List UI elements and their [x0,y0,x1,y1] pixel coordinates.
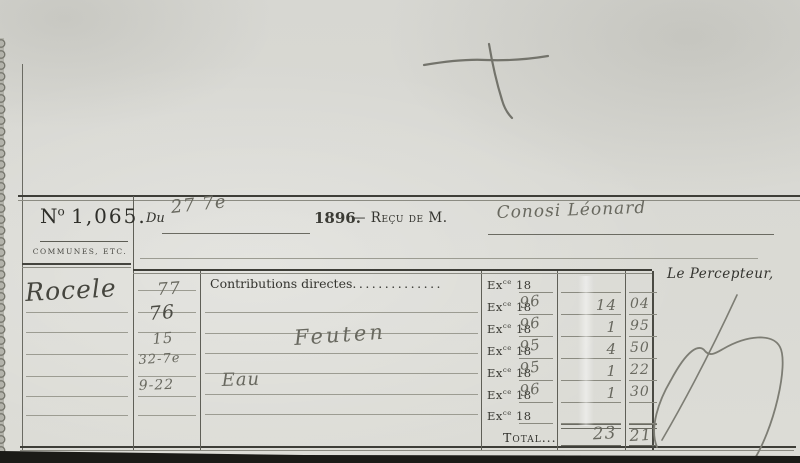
percepteur-signature [662,295,737,440]
percepteur-signature [654,337,783,463]
pencil-cross-mark [424,56,548,65]
pencil-cross-mark [489,44,512,118]
scanned-receipt-document: No 1,065. Communes, etc. Du 27 7e 1896. … [0,0,800,463]
pencil-marks-overlay [0,0,800,463]
